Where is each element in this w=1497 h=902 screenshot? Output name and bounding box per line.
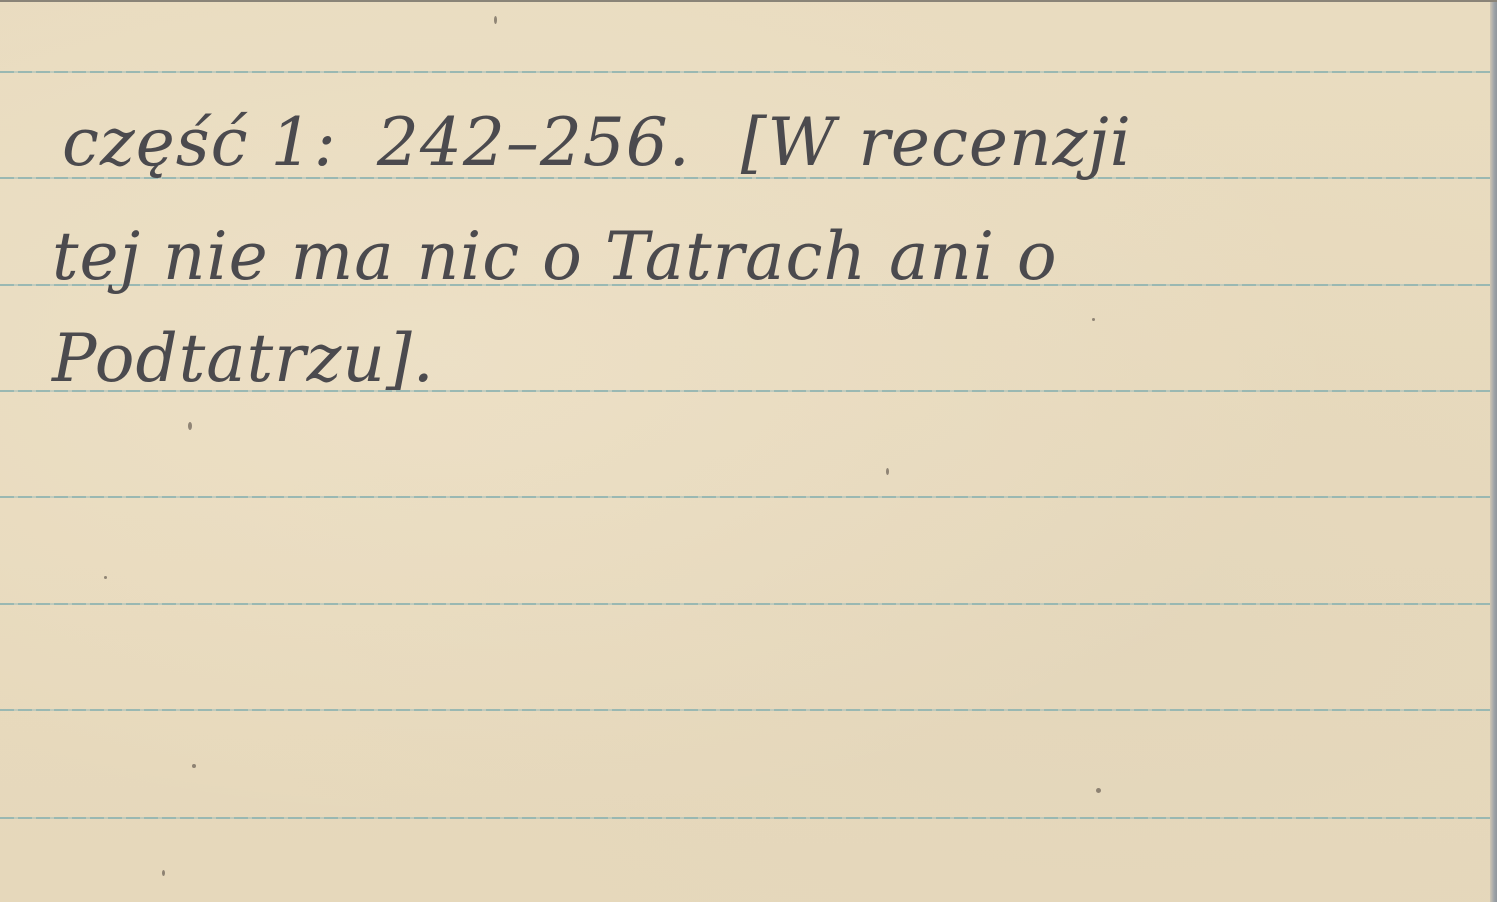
paper-speck: [192, 764, 196, 768]
paper-speck: [188, 422, 192, 430]
paper-speck: [104, 576, 107, 579]
handwritten-line-1: część 1:242–256.[W recenzji: [62, 104, 1132, 181]
handwritten-line-3: Podtatrzu].: [52, 320, 435, 397]
ruled-line: [0, 71, 1490, 73]
ruled-line: [0, 603, 1490, 605]
paper-speck: [162, 870, 165, 876]
paper-speck: [886, 468, 889, 475]
paper-speck: [494, 16, 497, 24]
page-range: 242–256.: [377, 104, 691, 181]
review-note-start: [W recenzji: [741, 104, 1132, 181]
ruled-line: [0, 817, 1490, 819]
paper-speck: [1096, 788, 1101, 793]
part-label: część 1:: [62, 104, 337, 181]
ruled-line: [0, 496, 1490, 498]
paper-speck: [1092, 318, 1095, 321]
handwritten-line-2: tej nie ma nic o Tatrach ani o: [52, 218, 1058, 295]
index-card: część 1:242–256.[W recenzji tej nie ma n…: [0, 0, 1497, 902]
ruled-line: [0, 709, 1490, 711]
